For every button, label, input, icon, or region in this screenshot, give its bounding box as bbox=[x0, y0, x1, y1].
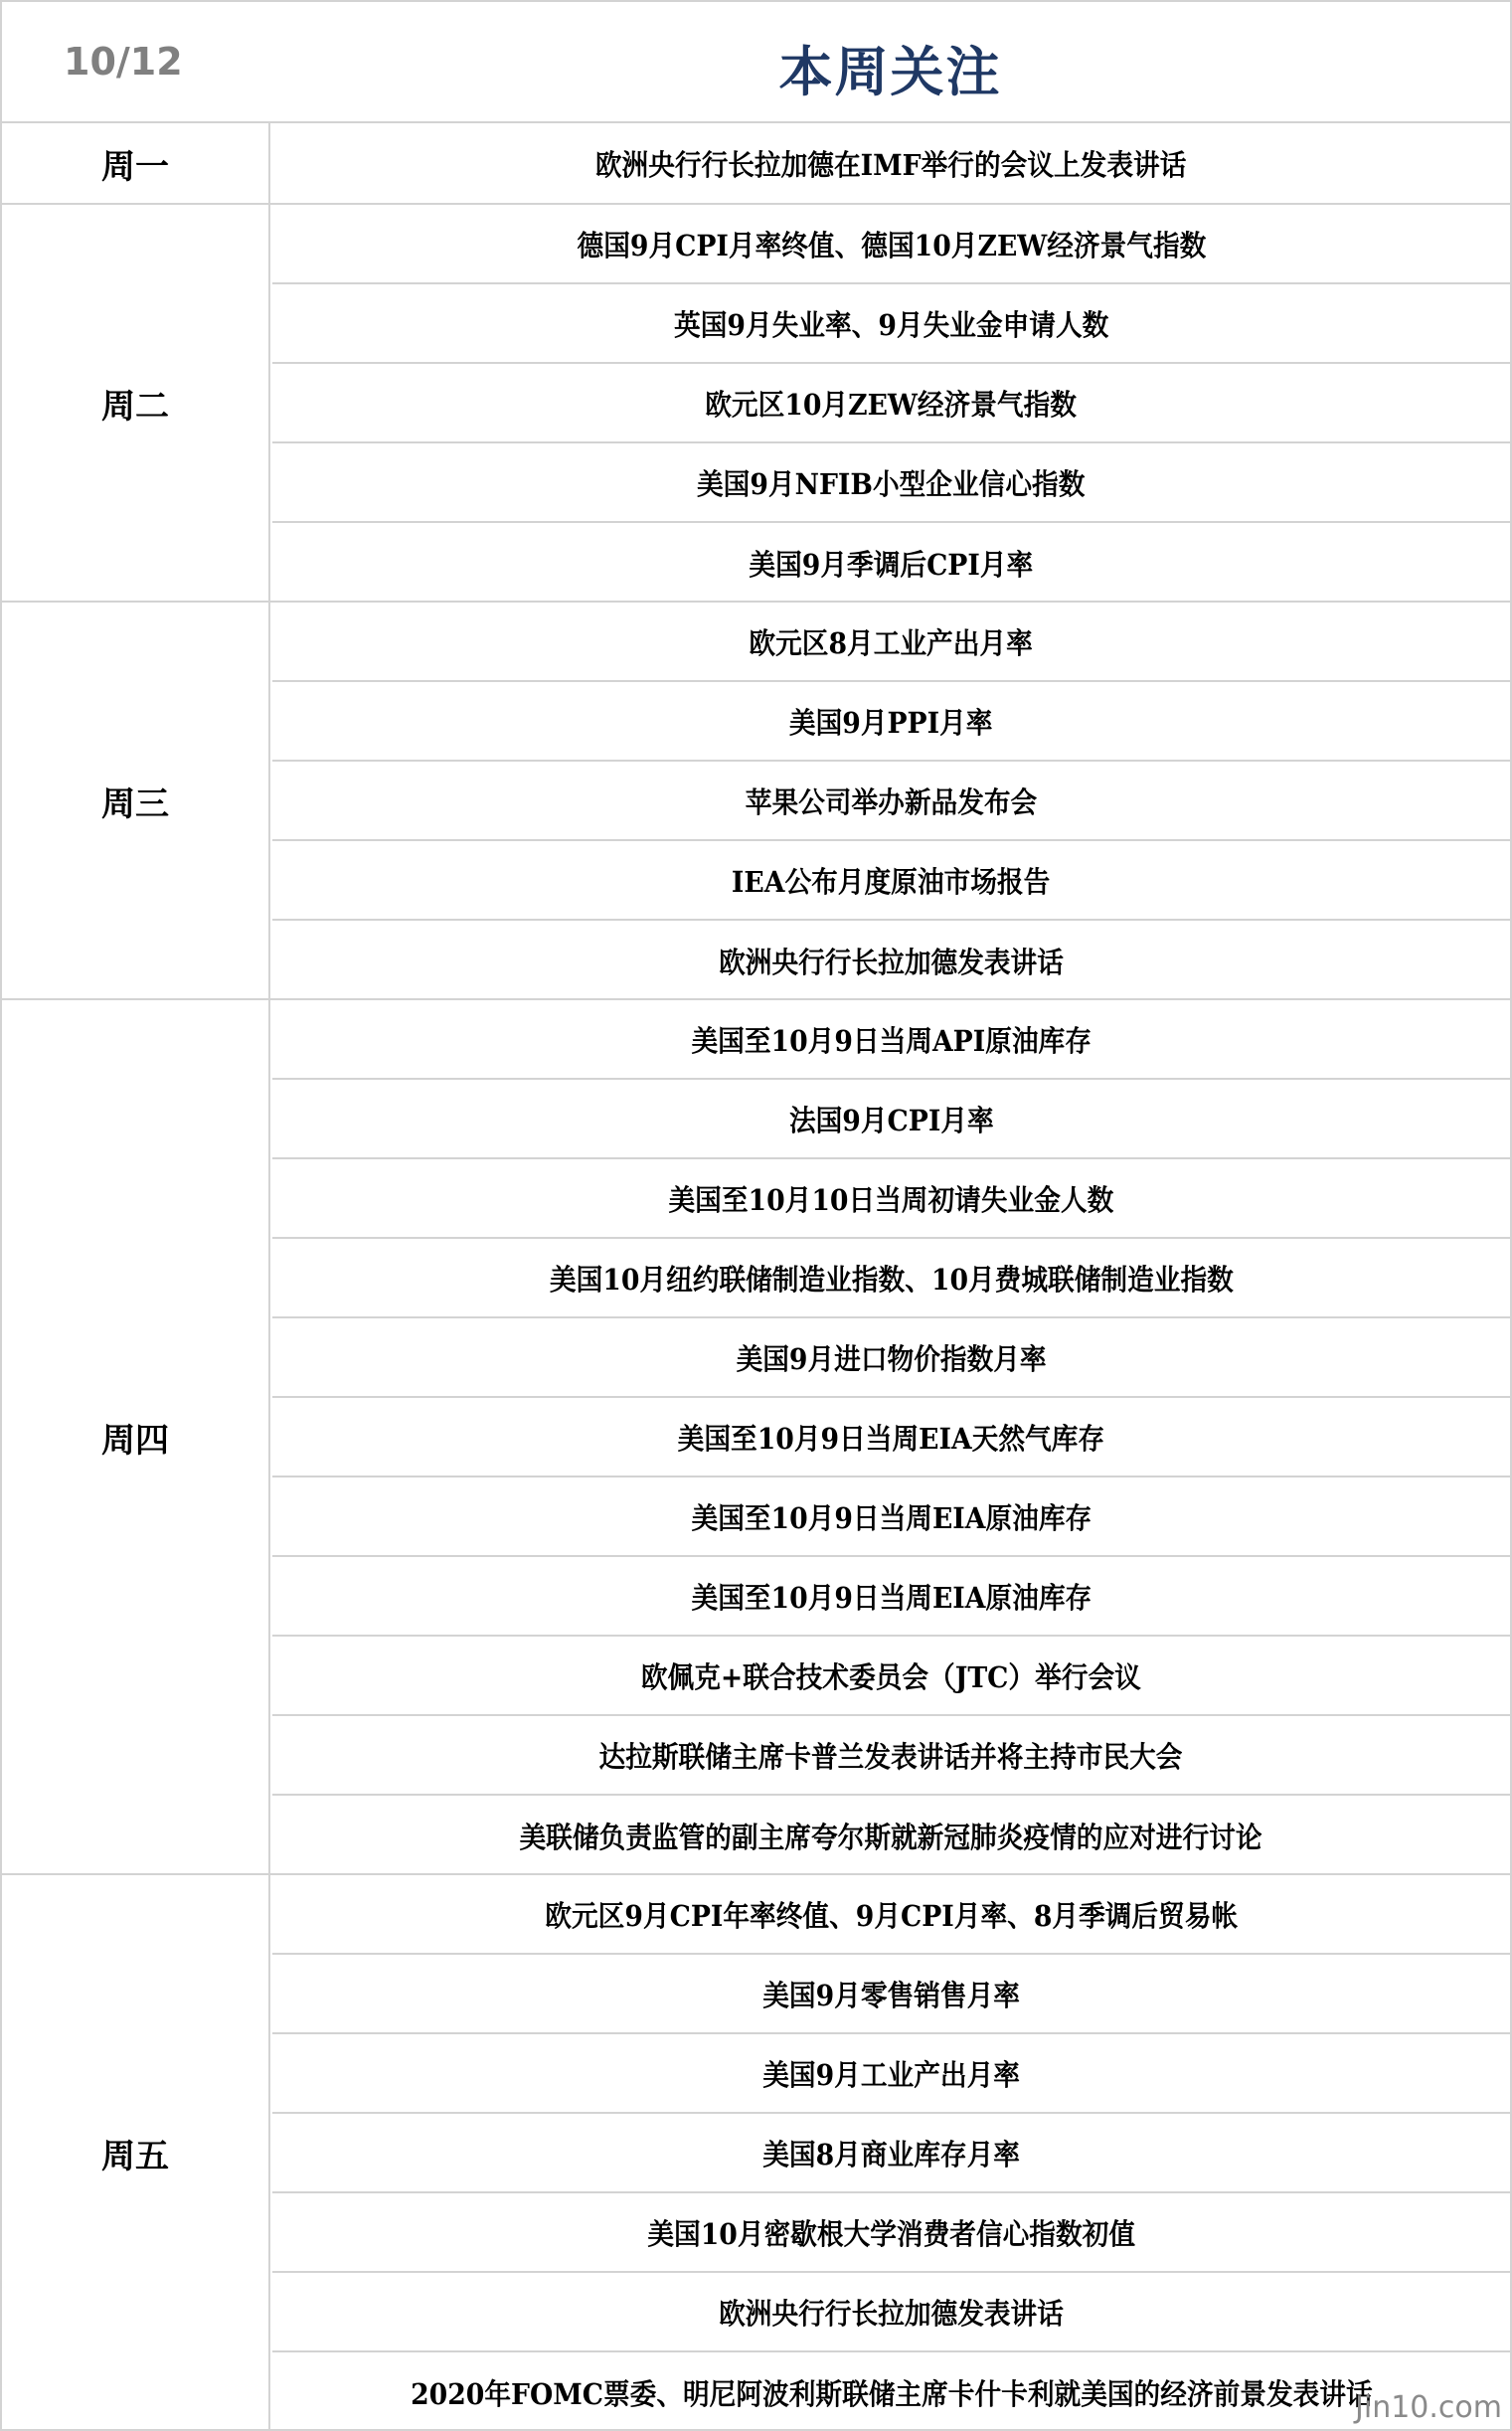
watermark-logo: Jin10.com bbox=[1355, 2390, 1502, 2425]
event-text: 美国至10月9日当周EIA原油库存 bbox=[691, 1496, 1092, 1537]
event-text: 欧洲央行行长拉加德发表讲话 bbox=[719, 2292, 1064, 2333]
event-text: 2020年FOMC票委、明尼阿波利斯联储主席卡什卡利就美国的经济前景发表讲话 bbox=[411, 2372, 1373, 2413]
event-list: 欧元区9月CPI年率终值、9月CPI月率、8月季调后贸易帐 美国9月零售销售月率… bbox=[272, 1875, 1510, 2430]
event-row: 美国至10月9日当周EIA天然气库存 bbox=[272, 1398, 1510, 1477]
event-text: 欧洲央行行长拉加德发表讲话 bbox=[719, 941, 1064, 981]
event-list: 欧元区8月工业产出月率 美国9月PPI月率 苹果公司举办新品发布会 IEA公布月… bbox=[272, 603, 1510, 998]
event-text: 美国9月工业产出月率 bbox=[762, 2053, 1020, 2094]
day-group-monday: 周一 欧洲央行行长拉加德在IMF举行的会议上发表讲话 bbox=[2, 123, 1510, 205]
event-row: 欧洲央行行长拉加德在IMF举行的会议上发表讲话 bbox=[272, 123, 1510, 203]
event-text: 美国至10月9日当周API原油库存 bbox=[691, 1019, 1091, 1060]
day-label: 周四 bbox=[2, 1000, 270, 1873]
event-row: 达拉斯联储主席卡普兰发表讲话并将主持市民大会 bbox=[272, 1716, 1510, 1796]
event-row: 美国10月密歇根大学消费者信心指数初值 bbox=[272, 2193, 1510, 2273]
event-row: 美国至10月9日当周EIA原油库存 bbox=[272, 1477, 1510, 1557]
table-header: 10/12 本周关注 bbox=[2, 2, 1510, 123]
day-group-tuesday: 周二 德国9月CPI月率终值、德国10月ZEW经济景气指数 英国9月失业率、9月… bbox=[2, 205, 1510, 603]
event-text: 英国9月失业率、9月失业金申请人数 bbox=[674, 303, 1108, 344]
event-row: IEA公布月度原油市场报告 bbox=[272, 841, 1510, 921]
day-label: 周三 bbox=[2, 603, 270, 998]
event-row: 美联储负责监管的副主席夸尔斯就新冠肺炎疫情的应对进行讨论 bbox=[272, 1796, 1510, 1875]
day-label: 周五 bbox=[2, 1875, 270, 2430]
event-row: 美国至10月10日当周初请失业金人数 bbox=[272, 1159, 1510, 1239]
event-row: 2020年FOMC票委、明尼阿波利斯联储主席卡什卡利就美国的经济前景发表讲话 bbox=[272, 2352, 1510, 2431]
event-text: 欧元区8月工业产出月率 bbox=[750, 621, 1033, 662]
event-text: 美国9月NFIB小型企业信心指数 bbox=[697, 462, 1085, 503]
event-row: 欧佩克+联合技术委员会（JTC）举行会议 bbox=[272, 1637, 1510, 1716]
event-row: 美国至10月9日当周API原油库存 bbox=[272, 1000, 1510, 1080]
event-text: 欧元区9月CPI年率终值、9月CPI月率、8月季调后贸易帐 bbox=[545, 1894, 1238, 1935]
event-text: 美国至10月10日当周初请失业金人数 bbox=[669, 1178, 1114, 1219]
day-group-wednesday: 周三 欧元区8月工业产出月率 美国9月PPI月率 苹果公司举办新品发布会 IEA… bbox=[2, 603, 1510, 1000]
event-text: 苹果公司举办新品发布会 bbox=[746, 781, 1037, 821]
event-text: 欧洲央行行长拉加德在IMF举行的会议上发表讲话 bbox=[595, 143, 1187, 184]
event-row: 美国9月进口物价指数月率 bbox=[272, 1318, 1510, 1398]
event-text: 法国9月CPI月率 bbox=[789, 1099, 994, 1139]
event-row: 美国8月商业库存月率 bbox=[272, 2114, 1510, 2193]
event-row: 美国10月纽约联储制造业指数、10月费城联储制造业指数 bbox=[272, 1239, 1510, 1318]
event-row: 欧元区8月工业产出月率 bbox=[272, 603, 1510, 682]
event-text: 美联储负责监管的副主席夸尔斯就新冠肺炎疫情的应对进行讨论 bbox=[520, 1816, 1262, 1856]
event-text: 美国9月PPI月率 bbox=[789, 701, 993, 742]
day-label: 周二 bbox=[2, 205, 270, 601]
day-group-thursday: 周四 美国至10月9日当周API原油库存 法国9月CPI月率 美国至10月10日… bbox=[2, 1000, 1510, 1875]
event-text: 美国至10月9日当周EIA原油库存 bbox=[691, 1576, 1092, 1617]
day-label: 周一 bbox=[2, 123, 270, 203]
event-row: 英国9月失业率、9月失业金申请人数 bbox=[272, 284, 1510, 364]
event-text: 美国9月进口物价指数月率 bbox=[736, 1337, 1046, 1378]
event-text: 美国9月季调后CPI月率 bbox=[750, 543, 1034, 584]
event-text: 美国8月商业库存月率 bbox=[762, 2133, 1020, 2173]
event-text: 美国10月密歇根大学消费者信心指数初值 bbox=[647, 2212, 1135, 2253]
event-row: 欧洲央行行长拉加德发表讲话 bbox=[272, 2273, 1510, 2352]
event-row: 欧洲央行行长拉加德发表讲话 bbox=[272, 921, 1510, 1000]
event-text: 欧佩克+联合技术委员会（JTC）举行会议 bbox=[641, 1655, 1141, 1696]
event-row: 法国9月CPI月率 bbox=[272, 1080, 1510, 1159]
event-text: IEA公布月度原油市场报告 bbox=[732, 860, 1050, 901]
event-list: 德国9月CPI月率终值、德国10月ZEW经济景气指数 英国9月失业率、9月失业金… bbox=[272, 205, 1510, 601]
event-row: 美国9月工业产出月率 bbox=[272, 2034, 1510, 2114]
event-row: 美国9月季调后CPI月率 bbox=[272, 523, 1510, 603]
page-title: 本周关注 bbox=[2, 30, 1510, 106]
event-text: 欧元区10月ZEW经济景气指数 bbox=[706, 383, 1078, 424]
event-row: 欧元区10月ZEW经济景气指数 bbox=[272, 364, 1510, 443]
event-text: 达拉斯联储主席卡普兰发表讲话并将主持市民大会 bbox=[599, 1735, 1183, 1776]
event-text: 美国9月零售销售月率 bbox=[762, 1974, 1020, 2014]
event-row: 美国9月NFIB小型企业信心指数 bbox=[272, 443, 1510, 523]
event-row: 美国9月零售销售月率 bbox=[272, 1955, 1510, 2034]
event-text: 德国9月CPI月率终值、德国10月ZEW经济景气指数 bbox=[577, 224, 1206, 264]
event-row: 苹果公司举办新品发布会 bbox=[272, 762, 1510, 841]
day-group-friday: 周五 欧元区9月CPI年率终值、9月CPI月率、8月季调后贸易帐 美国9月零售销… bbox=[2, 1875, 1510, 2430]
event-row: 德国9月CPI月率终值、德国10月ZEW经济景气指数 bbox=[272, 205, 1510, 284]
event-list: 欧洲央行行长拉加德在IMF举行的会议上发表讲话 bbox=[272, 123, 1510, 203]
weekly-focus-table: 10/12 本周关注 周一 欧洲央行行长拉加德在IMF举行的会议上发表讲话 周二… bbox=[0, 0, 1512, 2431]
event-row: 美国至10月9日当周EIA原油库存 bbox=[272, 1557, 1510, 1637]
event-text: 美国10月纽约联储制造业指数、10月费城联储制造业指数 bbox=[550, 1258, 1234, 1299]
event-row: 美国9月PPI月率 bbox=[272, 682, 1510, 762]
event-text: 美国至10月9日当周EIA天然气库存 bbox=[678, 1417, 1104, 1458]
event-list: 美国至10月9日当周API原油库存 法国9月CPI月率 美国至10月10日当周初… bbox=[272, 1000, 1510, 1873]
event-row: 欧元区9月CPI年率终值、9月CPI月率、8月季调后贸易帐 bbox=[272, 1875, 1510, 1955]
